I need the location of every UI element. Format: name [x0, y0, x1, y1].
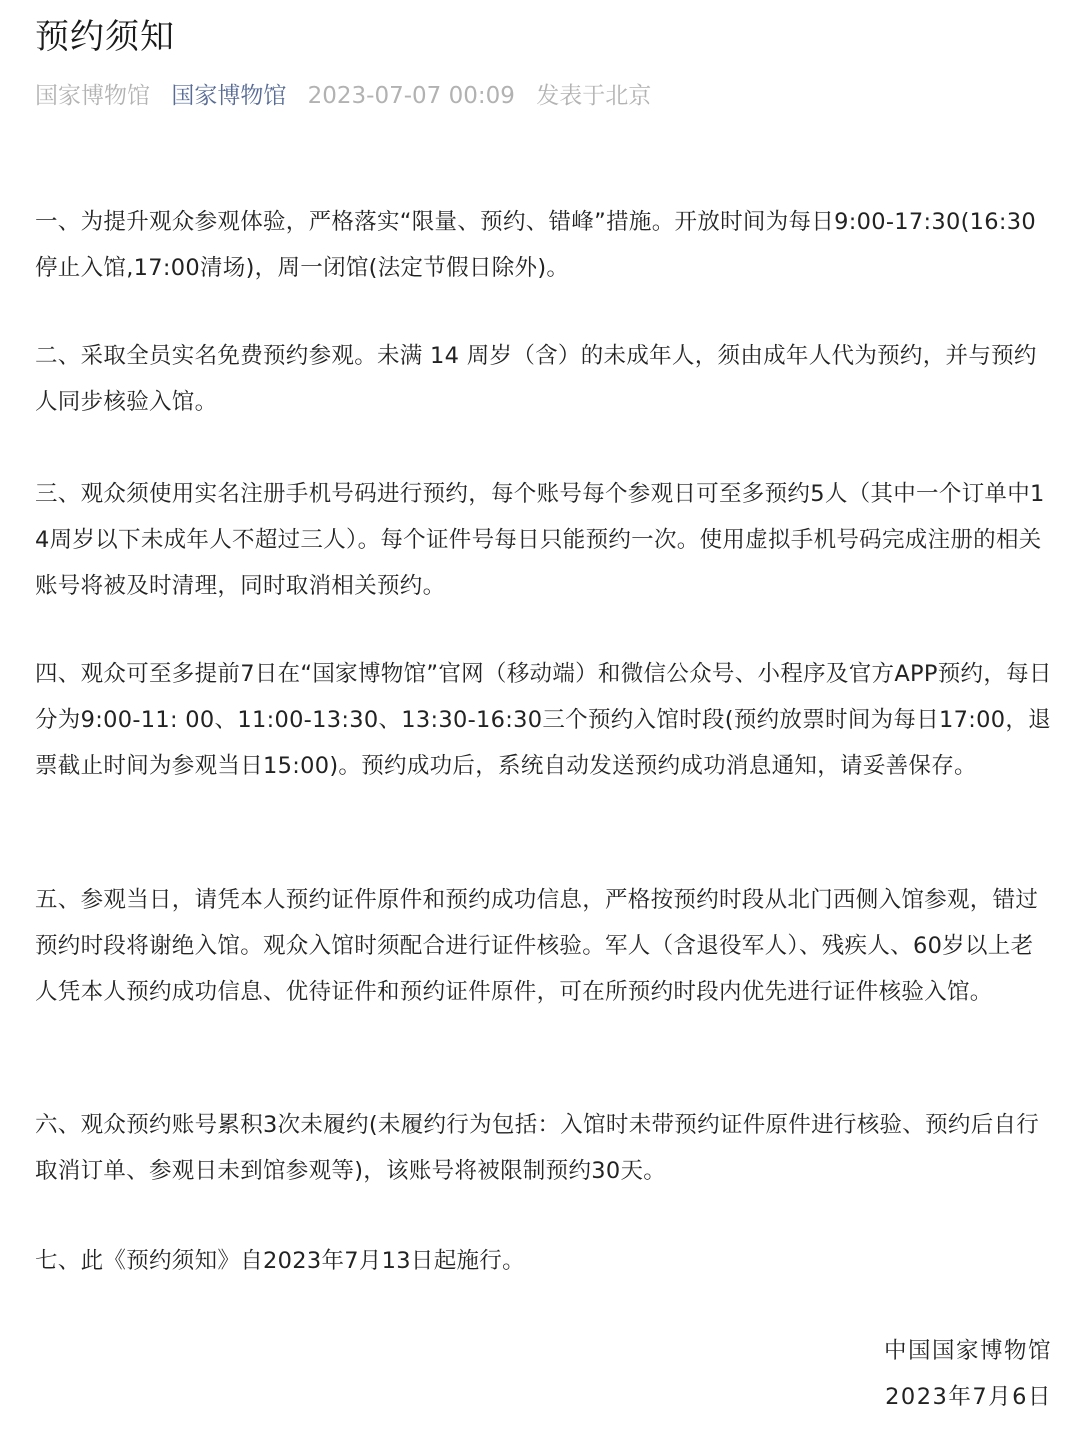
article-meta: 国家博物馆 国家博物馆 2023-07-07 00:09 发表于北京	[35, 78, 665, 114]
author-name: 国家博物馆	[35, 83, 150, 109]
paragraph-1: 一、为提升观众参观体验，严格落实“限量、预约、错峰”措施。开放时间为每日9:00…	[35, 199, 1055, 291]
publish-location: 发表于北京	[536, 83, 651, 109]
signature-org: 中国国家博物馆	[884, 1328, 1052, 1374]
article-title: 预约须知	[35, 12, 175, 62]
paragraph-3: 三、观众须使用实名注册手机号码进行预约，每个账号每个参观日可至多预约5人（其中一…	[35, 471, 1055, 609]
paragraph-4: 四、观众可至多提前7日在“国家博物馆”官网（移动端）和微信公众号、小程序及官方A…	[35, 651, 1055, 789]
paragraph-7: 七、此《预约须知》自2023年7月13日起施行。	[35, 1238, 1055, 1284]
account-name-link[interactable]: 国家博物馆	[171, 83, 286, 109]
publish-datetime: 2023-07-07 00:09	[308, 83, 515, 109]
paragraph-6: 六、观众预约账号累积3次未履约(未履约行为包括：入馆时未带预约证件原件进行核验、…	[35, 1102, 1055, 1194]
paragraph-2: 二、采取全员实名免费预约参观。未满 14 周岁（含）的未成年人，须由成年人代为预…	[35, 333, 1055, 425]
paragraph-5: 五、参观当日，请凭本人预约证件原件和预约成功信息，严格按预约时段从北门西侧入馆参…	[35, 877, 1055, 1015]
signature-date: 2023年7月6日	[885, 1374, 1052, 1420]
